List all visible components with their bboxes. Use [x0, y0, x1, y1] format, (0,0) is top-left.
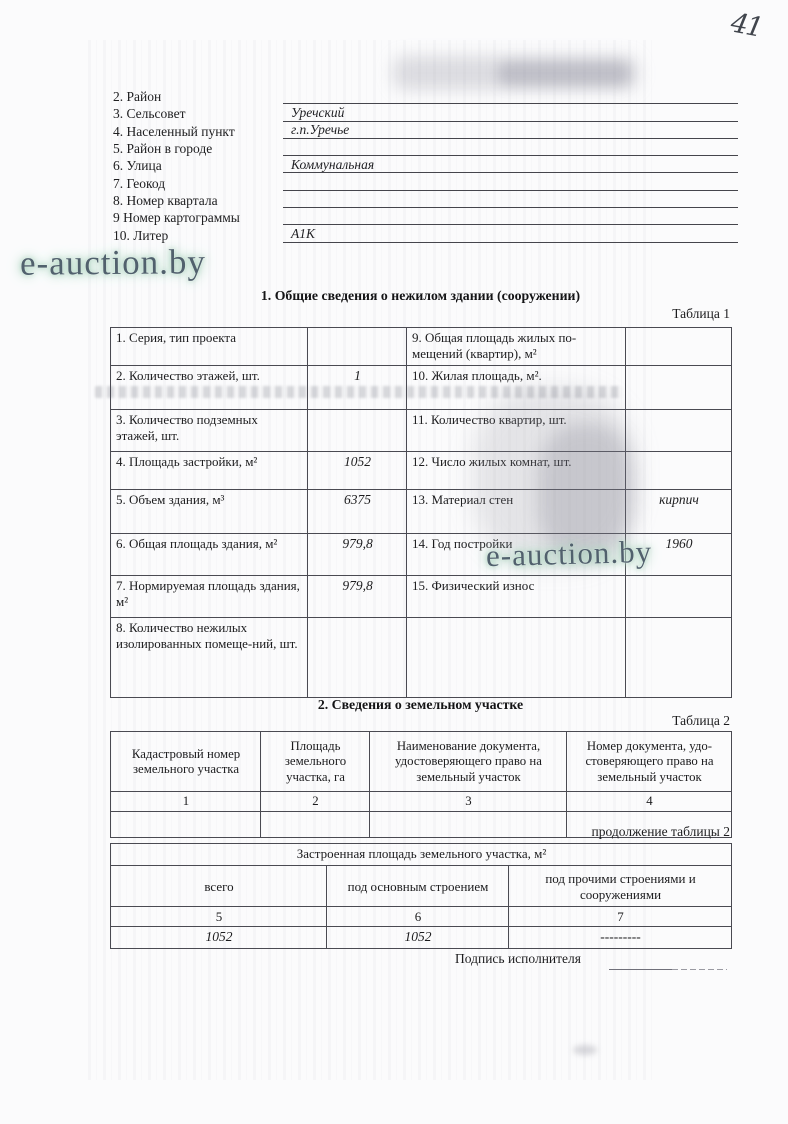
header-cell: Кадастровый номер земельного участка	[111, 732, 261, 792]
column-numbers-row: 5 6 7	[111, 907, 732, 927]
form-blank-line: г.п.Уречье	[283, 122, 738, 139]
form-value: г.п.Уречье	[291, 123, 349, 137]
column-number-cell: 1	[111, 792, 261, 812]
value-cell	[308, 328, 407, 366]
header-cell: Площадь земельного участка, га	[261, 732, 370, 792]
value-cell: 979,8	[308, 576, 407, 618]
table-row: 1. Серия, тип проекта 9. Общая площадь ж…	[111, 328, 732, 366]
form-label: 5. Район в городе	[113, 142, 283, 156]
value-cell: кирпич	[626, 490, 732, 534]
value-cell: 1052	[308, 452, 407, 490]
label-cell: 6. Общая площадь здания, м²	[111, 534, 308, 576]
empty-cell	[261, 812, 370, 838]
data-row: 1052 1052 ---------	[111, 927, 732, 949]
form-value: А1К	[291, 227, 315, 241]
column-number-cell: 2	[261, 792, 370, 812]
table-header-row: всего под основным строением под прочими…	[111, 866, 732, 907]
value-cell	[308, 618, 407, 698]
handwritten-page-number: 41	[728, 7, 764, 43]
form-row-nomer-kartogrammy: 9 Номер картограммы	[113, 208, 738, 225]
table-header-row: Кадастровый номер земельного участка Пло…	[111, 732, 732, 792]
section1-heading: 1. Общие сведения о нежилом здании (соор…	[110, 288, 731, 304]
table-title-cell: Застроенная площадь земельного участка, …	[111, 844, 732, 866]
label-cell: 11. Количество квартир, шт.	[407, 410, 626, 452]
form-row-ulitsa: 6. Улица Коммунальная	[113, 156, 738, 173]
form-blank-line	[283, 208, 738, 225]
form-row-geokod: 7. Геокод	[113, 173, 738, 190]
form-blank-line: Коммунальная	[283, 156, 738, 173]
form-label: 4. Населенный пункт	[113, 125, 283, 139]
form-blank-line	[283, 191, 738, 208]
table2-continuation-label: продолжение таблицы 2	[592, 824, 730, 840]
header-cell: всего	[111, 866, 327, 907]
table-title-row: Застроенная площадь земельного участка, …	[111, 844, 732, 866]
scan-smudge	[498, 61, 630, 86]
value-cell: 6375	[308, 490, 407, 534]
built-up-area-table: Застроенная площадь земельного участка, …	[110, 843, 732, 949]
label-cell: 15. Физический износ	[407, 576, 626, 618]
form-label: 6. Улица	[113, 159, 283, 173]
label-cell: 7. Нормируемая площадь здания, м²	[111, 576, 308, 618]
signature-label: Подпись исполнителя	[455, 951, 581, 967]
empty-cell	[111, 812, 261, 838]
column-number-cell: 6	[327, 907, 509, 927]
column-number-cell: 4	[567, 792, 732, 812]
form-row-selsovet: 3. Сельсовет Уречский	[113, 104, 738, 121]
scan-smudge	[573, 1045, 597, 1055]
signature-blank-line	[609, 953, 725, 970]
header-cell: под основным строением	[327, 866, 509, 907]
label-cell: 3. Количество подземных этажей, шт.	[111, 410, 308, 452]
table1-label: Таблица 1	[672, 306, 730, 322]
header-cell: под прочими строениями и сооружениями	[509, 866, 732, 907]
watermark-e-auction: e-auction.by	[20, 242, 206, 284]
address-form: 2. Район 3. Сельсовет Уречский 4. Населе…	[113, 87, 738, 243]
form-label: 2. Район	[113, 90, 283, 104]
label-cell: 10. Жилая площадь, м².	[407, 366, 626, 410]
form-row-rayon-v-gorode: 5. Район в городе	[113, 139, 738, 156]
value-cell	[626, 410, 732, 452]
column-numbers-row: 1 2 3 4	[111, 792, 732, 812]
form-row-nomer-kvartala: 8. Номер квартала	[113, 191, 738, 208]
form-label: 7. Геокод	[113, 177, 283, 191]
table-row: 2. Количество этажей, шт. 1 10. Жилая пл…	[111, 366, 732, 410]
land-plot-table: Кадастровый номер земельного участка Пло…	[110, 731, 732, 838]
form-row-liter: 10. Литер А1К	[113, 225, 738, 242]
value-cell: ---------	[509, 927, 732, 949]
table-row: 6. Общая площадь здания, м² 979,8 14. Го…	[111, 534, 732, 576]
building-info-table: 1. Серия, тип проекта 9. Общая площадь ж…	[110, 327, 732, 698]
empty-cell	[370, 812, 567, 838]
form-blank-line	[283, 87, 738, 104]
form-value: Коммунальная	[291, 158, 374, 172]
section2-heading: 2. Сведения о земельном участке	[110, 697, 731, 713]
form-blank-line	[283, 173, 738, 190]
scan-smudge	[393, 56, 638, 90]
label-cell: 12. Число жилых комнат, шт.	[407, 452, 626, 490]
form-label: 8. Номер квартала	[113, 194, 283, 208]
value-cell	[626, 328, 732, 366]
scanned-document-page: 41 2. Район 3. Сельсовет Уречский 4. Нас…	[0, 0, 788, 1124]
label-cell: 9. Общая площадь жилых по-мещений (кварт…	[407, 328, 626, 366]
label-cell: 5. Объем здания, м³	[111, 490, 308, 534]
label-cell: 8. Количество нежилых изолированных поме…	[111, 618, 308, 698]
table2-label: Таблица 2	[672, 713, 730, 729]
value-cell	[308, 410, 407, 452]
form-blank-line: Уречский	[283, 104, 738, 121]
label-cell: 2. Количество этажей, шт.	[111, 366, 308, 410]
value-cell	[626, 618, 732, 698]
label-cell: 14. Год постройки	[407, 534, 626, 576]
value-cell	[626, 576, 732, 618]
column-number-cell: 5	[111, 907, 327, 927]
form-label: 3. Сельсовет	[113, 107, 283, 121]
form-label: 10. Литер	[113, 229, 283, 243]
value-cell: 1960	[626, 534, 732, 576]
column-number-cell: 3	[370, 792, 567, 812]
header-cell: Наименование документа, удостоверяющего …	[370, 732, 567, 792]
value-cell	[626, 366, 732, 410]
column-number-cell: 7	[509, 907, 732, 927]
value-cell: 1052	[111, 927, 327, 949]
value-cell: 979,8	[308, 534, 407, 576]
value-cell	[626, 452, 732, 490]
form-row-rayon: 2. Район	[113, 87, 738, 104]
value-cell: 1052	[327, 927, 509, 949]
form-blank-line	[283, 139, 738, 156]
label-cell	[407, 618, 626, 698]
table-row: 5. Объем здания, м³ 6375 13. Материал ст…	[111, 490, 732, 534]
value-cell: 1	[308, 366, 407, 410]
label-cell: 1. Серия, тип проекта	[111, 328, 308, 366]
table-row: 7. Нормируемая площадь здания, м² 979,8 …	[111, 576, 732, 618]
form-blank-line: А1К	[283, 225, 738, 242]
form-label: 9 Номер картограммы	[113, 211, 283, 225]
form-row-naselenny-punkt: 4. Населенный пункт г.п.Уречье	[113, 122, 738, 139]
table-row: 8. Количество нежилых изолированных поме…	[111, 618, 732, 698]
label-cell: 4. Площадь застройки, м²	[111, 452, 308, 490]
table-row: 3. Количество подземных этажей, шт. 11. …	[111, 410, 732, 452]
table-row: 4. Площадь застройки, м² 1052 12. Число …	[111, 452, 732, 490]
label-cell: 13. Материал стен	[407, 490, 626, 534]
form-value: Уречский	[291, 106, 344, 120]
header-cell: Номер документа, удо-стоверяющего право …	[567, 732, 732, 792]
